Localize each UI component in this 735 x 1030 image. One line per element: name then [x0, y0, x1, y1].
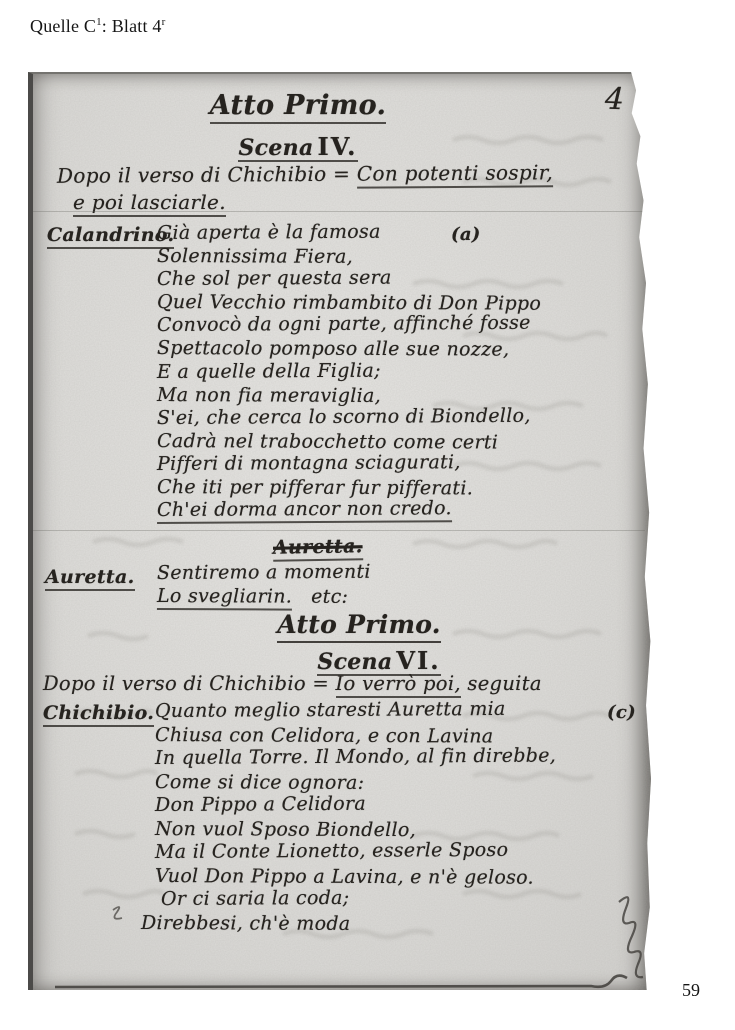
- act2-direction-suffix: seguita: [467, 672, 541, 695]
- speaker-label-chichibio: Chichibio.: [43, 702, 154, 724]
- verse-line: Sentiremo a momenti: [157, 561, 371, 585]
- auretta-verse: Sentiremo a momenti Lo svegliarin. etc:: [157, 562, 371, 608]
- speaker-chichibio-text: Chichibio.: [43, 702, 154, 727]
- verse-line: Direbbesi, ch'è moda: [141, 912, 556, 937]
- source-caption-sup2: r: [162, 16, 166, 28]
- verse-line: E a quelle della Figlia;: [157, 358, 541, 383]
- source-caption: Quelle C1: Blatt 4r: [30, 16, 165, 37]
- verse-line: Che sol per questa sera: [157, 266, 541, 291]
- act1-heading: Atto Primo.: [210, 90, 386, 124]
- marginal-marker-c: (c): [607, 702, 636, 723]
- act2-scene-wrap: Scena VI.: [113, 646, 645, 675]
- page-number: 59: [682, 980, 700, 1001]
- source-caption-text2: : Blatt 4: [102, 16, 162, 36]
- margin-mark-direbbesi: [113, 907, 122, 919]
- verse-line: Lo svegliarin. etc:: [157, 585, 371, 609]
- act1-direction-quote: Con potenti sospir,: [357, 160, 553, 188]
- act1-scene-number: IV.: [318, 132, 358, 161]
- verse-line: Convocò da ogni parte, affinché fosse: [157, 312, 541, 337]
- verse-line: Ma il Conte Lionetto, esserle Sposo: [155, 839, 556, 865]
- act2-direction-prefix: Dopo il verso di Chichibio =: [43, 672, 336, 695]
- verse-line: Pifferi di montagna sciagurati,: [157, 451, 541, 476]
- verse-line: Or ci saria la coda;: [161, 886, 556, 912]
- act2-stage-direction: Dopo il verso di Chichibio = Io verrò po…: [43, 672, 542, 695]
- speaker-calandrino-text: Calandrino.: [47, 224, 174, 249]
- verse-line: Già aperta è la famosa: [157, 220, 541, 245]
- ruled-line-1: [33, 211, 645, 212]
- deleted-speaker-auretta: Auretta.: [273, 535, 363, 559]
- speaker-auretta-text: Auretta.: [45, 566, 135, 591]
- margin-squiggle-bottom-right: [619, 897, 643, 977]
- verse-line: S'ei, che cerca lo scorno di Biondello,: [157, 404, 541, 429]
- manuscript-scan: 4 Atto Primo. Scena IV. Dopo il verso di…: [28, 72, 651, 990]
- act1-heading-wrap: Atto Primo.: [33, 90, 563, 121]
- folio-number: 4: [604, 82, 625, 118]
- source-caption-text: Quelle C: [30, 16, 96, 36]
- chichibio-verse: Quanto meglio staresti Auretta mia Chius…: [155, 700, 556, 935]
- verse-line-underlined: Ch'ei dorma ancor non credo.: [157, 497, 452, 524]
- act1-scene-wrap: Scena IV.: [33, 132, 563, 161]
- act1-scene-heading: Scena IV.: [238, 142, 357, 162]
- verse-line: Ch'ei dorma ancor non credo.: [157, 497, 541, 522]
- speaker-label-auretta: Auretta.: [45, 566, 135, 588]
- act2-scene-number: VI.: [396, 646, 440, 675]
- book-page: Quelle C1: Blatt 4r: [0, 0, 735, 1030]
- act1-direction-line2: e poi lasciarle.: [73, 190, 226, 217]
- calandrino-verse: Già aperta è la famosa Solennissima Fier…: [157, 222, 541, 522]
- act1-scene-word: Scena: [238, 135, 313, 161]
- act2-heading-wrap: Atto Primo.: [93, 610, 625, 639]
- act2-heading: Atto Primo.: [277, 610, 441, 643]
- act1-direction-prefix: Dopo il verso di Chichibio =: [57, 162, 357, 188]
- speaker-label-calandrino: Calandrino.: [47, 224, 174, 246]
- verse-line: Don Pippo a Celidora: [155, 792, 556, 818]
- verse-line: In quella Torre. Il Mondo, al fin direbb…: [155, 745, 556, 771]
- act2-direction-quote: Io verrò poi,: [336, 672, 461, 698]
- deleted-auretta-text: Auretta.: [273, 535, 363, 562]
- verse-line: Quanto meglio staresti Auretta mia: [155, 698, 556, 724]
- bottom-edge-line: [55, 976, 627, 987]
- verse-line-underlined: Lo svegliarin.: [157, 585, 292, 611]
- act1-stage-direction: Dopo il verso di Chichibio = Con potenti…: [57, 160, 553, 187]
- ruled-line-2: [33, 530, 645, 531]
- etc-abbrev: etc:: [311, 586, 348, 608]
